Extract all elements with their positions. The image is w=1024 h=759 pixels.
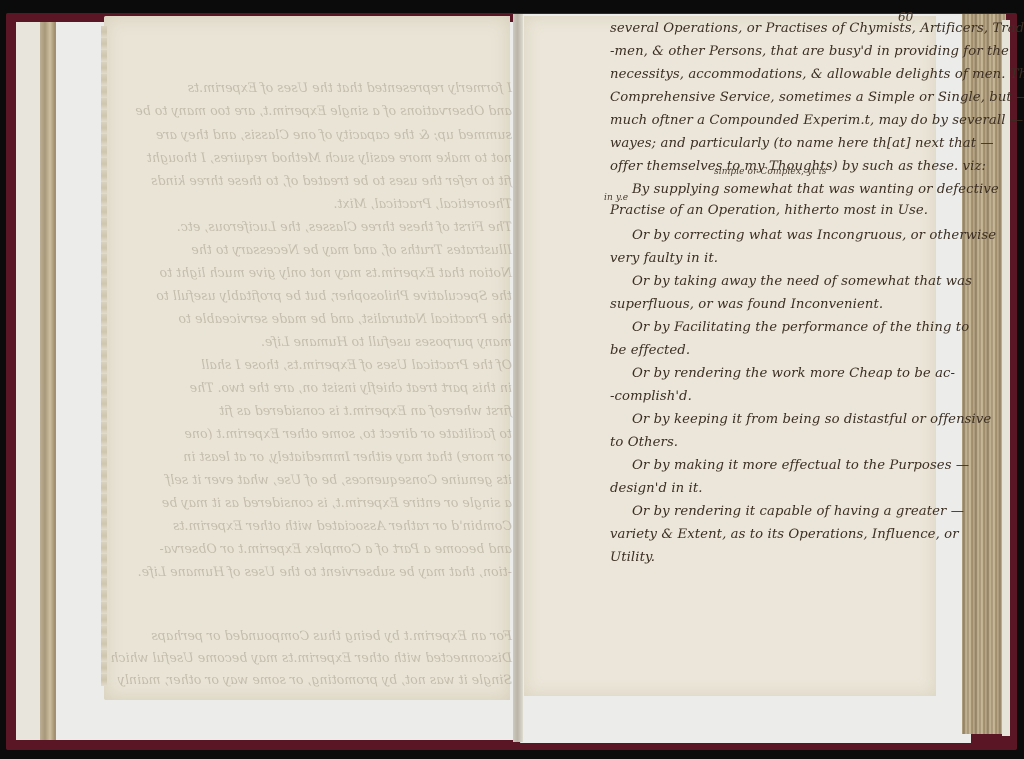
text-line: much oftner a Compounded Experim.t, may … <box>610 113 1023 128</box>
text-line: design'd in it. <box>610 481 703 496</box>
ghost-line: a single or entire Experim.t, is conside… <box>112 495 512 510</box>
ghost-line: in this part treat chiefly insist on, ar… <box>112 380 512 395</box>
right-page-text: several Operations, or Practises of Chym… <box>610 0 940 500</box>
ghost-footer-line: For an Experim.t by being thus Compounde… <box>112 628 512 643</box>
ghost-line: Combin'd or rather Associated with other… <box>112 518 512 533</box>
ghost-line: and become a Part of a Complex Experim.t… <box>112 541 512 556</box>
ghost-line: the Practical Naturalist, and be made se… <box>112 311 512 326</box>
interlinear-insertion: simple or Complex, yt is <box>714 167 827 177</box>
text-line: Or by correcting what was Incongruous, o… <box>632 228 996 243</box>
text-line: Or by rendering it capable of having a g… <box>632 504 964 519</box>
text-line: Or by rendering the work more Cheap to b… <box>632 366 955 381</box>
text-line: variety & Extent, as to its Operations, … <box>610 527 959 542</box>
ghost-line: many purposes usefull to Humane Life. <box>112 334 512 349</box>
text-line: to Others. <box>610 435 678 450</box>
text-line: wayes; and particularly (to name here th… <box>610 136 994 151</box>
text-line: By supplying somewhat that was wanting o… <box>632 182 999 197</box>
ghost-line: fit to refer the uses to be treated of, … <box>112 173 512 188</box>
ghost-line: not to make more easily such Method requ… <box>112 150 512 165</box>
text-line: Or by taking away the need of somewhat t… <box>632 274 972 289</box>
text-line: -men, & other Persons, that are busy'd i… <box>610 44 1009 59</box>
text-line: Comprehensive Service, sometimes a Simpl… <box>610 90 1024 105</box>
left-page-bleed-through: I formerly represented that the Uses of … <box>112 0 512 720</box>
text-line: superfluous, or was found Inconvenient. <box>610 297 883 312</box>
text-line: Practise of an Operation, hitherto most … <box>610 203 928 218</box>
text-line: Or by making it more effectual to the Pu… <box>632 458 969 473</box>
ghost-line: its genuine Consequences, be of Use, wha… <box>112 472 512 487</box>
text-line: -complish'd. <box>610 389 692 404</box>
text-line: Or by Facilitating the performance of th… <box>632 320 969 335</box>
text-line: Or by keeping it from being so distastfu… <box>632 412 991 427</box>
ghost-line: or more) that may either Immediately, or… <box>112 449 512 464</box>
ghost-line: -tion, that may be subservient to the Us… <box>112 564 512 579</box>
margin-insertion: in y.e <box>604 193 628 203</box>
text-line: be effected. <box>610 343 690 358</box>
ghost-line: Of the Practical Uses of Experim.ts, tho… <box>112 357 512 372</box>
text-line: Utility. <box>610 550 655 565</box>
text-line: very faulty in it. <box>610 251 718 266</box>
text-line: several Operations, or Practises of Chym… <box>610 21 1024 36</box>
book-gutter <box>513 14 523 742</box>
ghost-line: summed up; & the capacity of one Classis… <box>112 127 512 142</box>
text-line: necessitys, accommodations, & allowable … <box>610 67 1024 82</box>
ghost-line: I formerly represented that the Uses of … <box>112 80 512 95</box>
ghost-line: and Observations of a single Experim.t, … <box>112 103 512 118</box>
ghost-line: The First of these three Classes, the Lu… <box>112 219 512 234</box>
ghost-line: the Speculative Philosopher, but be prof… <box>112 288 512 303</box>
ghost-line: to facilitate or direct to, some other E… <box>112 426 512 441</box>
ghost-line: Illustrates Truths of, and may be Necess… <box>112 242 512 257</box>
ghost-line: first whereof an Experim.t is considered… <box>112 403 512 418</box>
ghost-line: Theoretical, Practical, Mixt. <box>112 196 512 211</box>
ghost-footer-line: Single it was not, by promoting, or some… <box>112 672 512 687</box>
left-flyleaf <box>16 22 42 740</box>
ghost-footer-line: Disconnected with other Experim.ts may b… <box>112 650 512 665</box>
ghost-line: Notion that Experim.ts may not only give… <box>112 265 512 280</box>
